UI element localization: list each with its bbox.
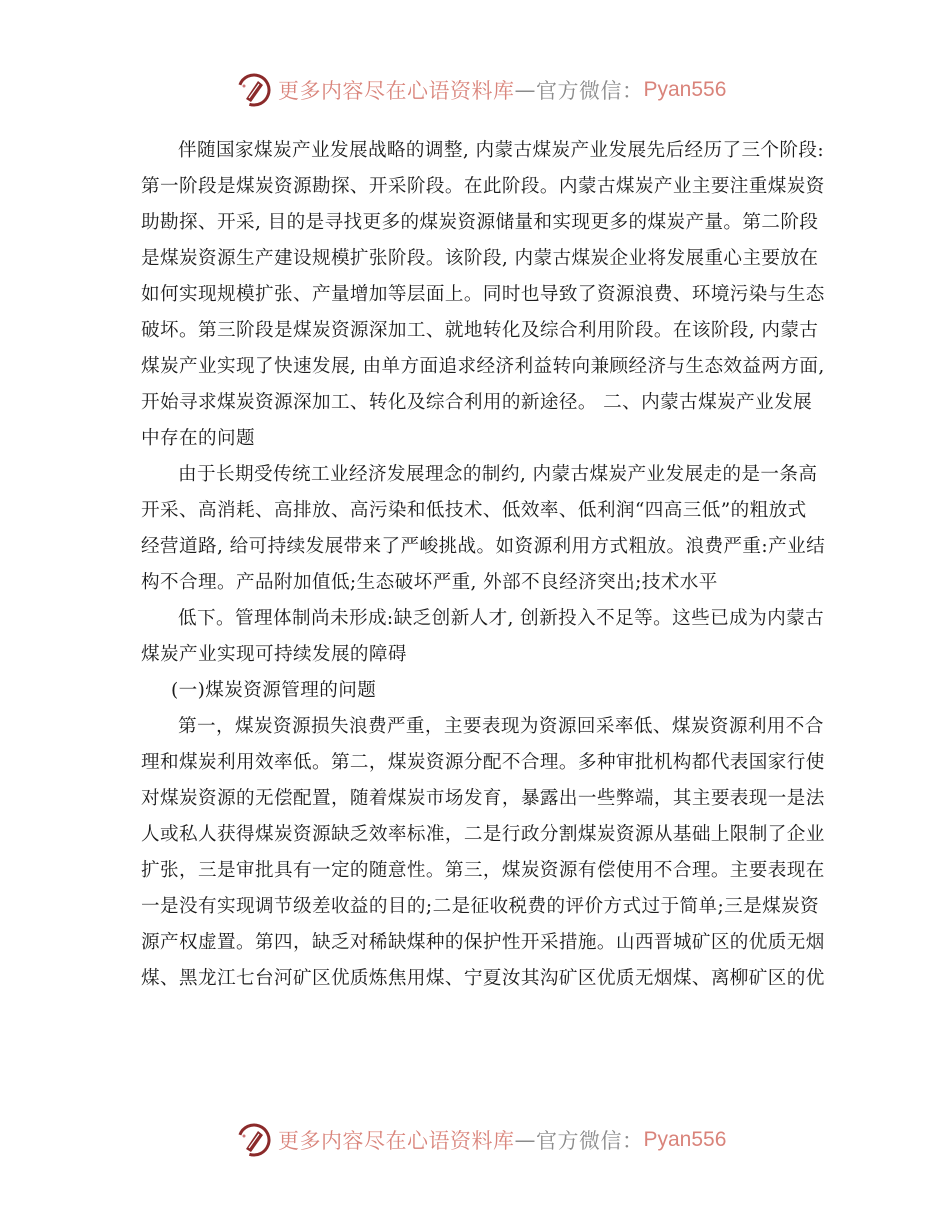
text-line: 扩张，三是审批具有一定的随意性。第三，煤炭资源有偿使用不合理。主要表现在 <box>141 853 806 889</box>
text-line: 第一阶段是煤炭资源勘探、开采阶段。在此阶段。内蒙古煤炭产业主要注重煤炭资 <box>141 169 806 205</box>
footer-banner: 更多内容尽在心语资料库 — 官方微信： Pyan556 <box>236 1120 726 1160</box>
text-line: 伴随国家煤炭产业发展战略的调整, 内蒙古煤炭产业发展先后经历了三个阶段: <box>141 133 806 169</box>
text-line: 经营道路, 给可持续发展带来了严峻挑战。如资源利用方式粗放。浪费严重:产业结 <box>141 529 806 565</box>
wechat-id: Pyan556 <box>644 78 727 102</box>
banner-separator: — <box>515 1128 537 1152</box>
text-line: 源产权虚置。第四，缺乏对稀缺煤种的保护性开采措施。山西晋城矿区的优质无烟 <box>141 925 806 961</box>
pen-nib-logo-icon <box>236 1122 272 1158</box>
text-line: 理和煤炭利用效率低。第二，煤炭资源分配不合理。多种审批机构都代表国家行使 <box>141 745 806 781</box>
text-line: 破坏。第三阶段是煤炭资源深加工、就地转化及综合利用阶段。在该阶段, 内蒙古 <box>141 313 806 349</box>
text-line: 煤炭产业实现了快速发展, 由单方面追求经济利益转向兼顾经济与生态效益两方面, <box>141 349 806 385</box>
wechat-label: 官方微信： <box>536 75 644 105</box>
text-line: 助勘探、开采, 目的是寻找更多的煤炭资源储量和实现更多的煤炭产量。第二阶段 <box>141 205 806 241</box>
site-slogan: 更多内容尽在心语资料库 <box>278 75 515 105</box>
header-banner: 更多内容尽在心语资料库 — 官方微信： Pyan556 <box>236 70 726 110</box>
text-line: 构不合理。产品附加值低;生态破坏严重, 外部不良经济突出;技术水平 <box>141 565 806 601</box>
text-line: 低下。管理体制尚未形成:缺乏创新人才, 创新投入不足等。这些已成为内蒙古 <box>141 601 806 637</box>
text-line: 煤炭产业实现可持续发展的障碍 <box>141 637 806 673</box>
text-line: 是煤炭资源生产建设规模扩张阶段。该阶段, 内蒙古煤炭企业将发展重心主要放在 <box>141 241 806 277</box>
wechat-id: Pyan556 <box>644 1128 727 1152</box>
text-line: 人或私人获得煤炭资源缺乏效率标准，二是行政分割煤炭资源从基础上限制了企业 <box>141 817 806 853</box>
text-line: 开采、高消耗、高排放、高污染和低技术、低效率、低利润“四高三低”的粗放式 <box>141 493 806 529</box>
section-heading: (一)煤炭资源管理的问题 <box>141 673 806 709</box>
document-body: 伴随国家煤炭产业发展战略的调整, 内蒙古煤炭产业发展先后经历了三个阶段: 第一阶… <box>141 133 806 997</box>
text-line: 一是没有实现调节级差收益的目的;二是征收税费的评价方式过于简单;三是煤炭资 <box>141 889 806 925</box>
banner-separator: — <box>515 78 537 102</box>
pen-nib-logo-icon <box>236 72 272 108</box>
text-line: 煤、黑龙江七台河矿区优质炼焦用煤、宁夏汝其沟矿区优质无烟煤、离柳矿区的优 <box>141 961 806 997</box>
text-line: 对煤炭资源的无偿配置，随着煤炭市场发育，暴露出一些弊端，其主要表现一是法 <box>141 781 806 817</box>
wechat-label: 官方微信： <box>536 1125 644 1155</box>
text-line: 开始寻求煤炭资源深加工、转化及综合利用的新途径。 二、内蒙古煤炭产业发展 <box>141 385 806 421</box>
site-slogan: 更多内容尽在心语资料库 <box>278 1125 515 1155</box>
text-line: 中存在的问题 <box>141 421 806 457</box>
text-line: 由于长期受传统工业经济发展理念的制约, 内蒙古煤炭产业发展走的是一条高 <box>141 457 806 493</box>
text-line: 如何实现规模扩张、产量增加等层面上。同时也导致了资源浪费、环境污染与生态 <box>141 277 806 313</box>
text-line: 第一，煤炭资源损失浪费严重，主要表现为资源回采率低、煤炭资源利用不合 <box>141 709 806 745</box>
